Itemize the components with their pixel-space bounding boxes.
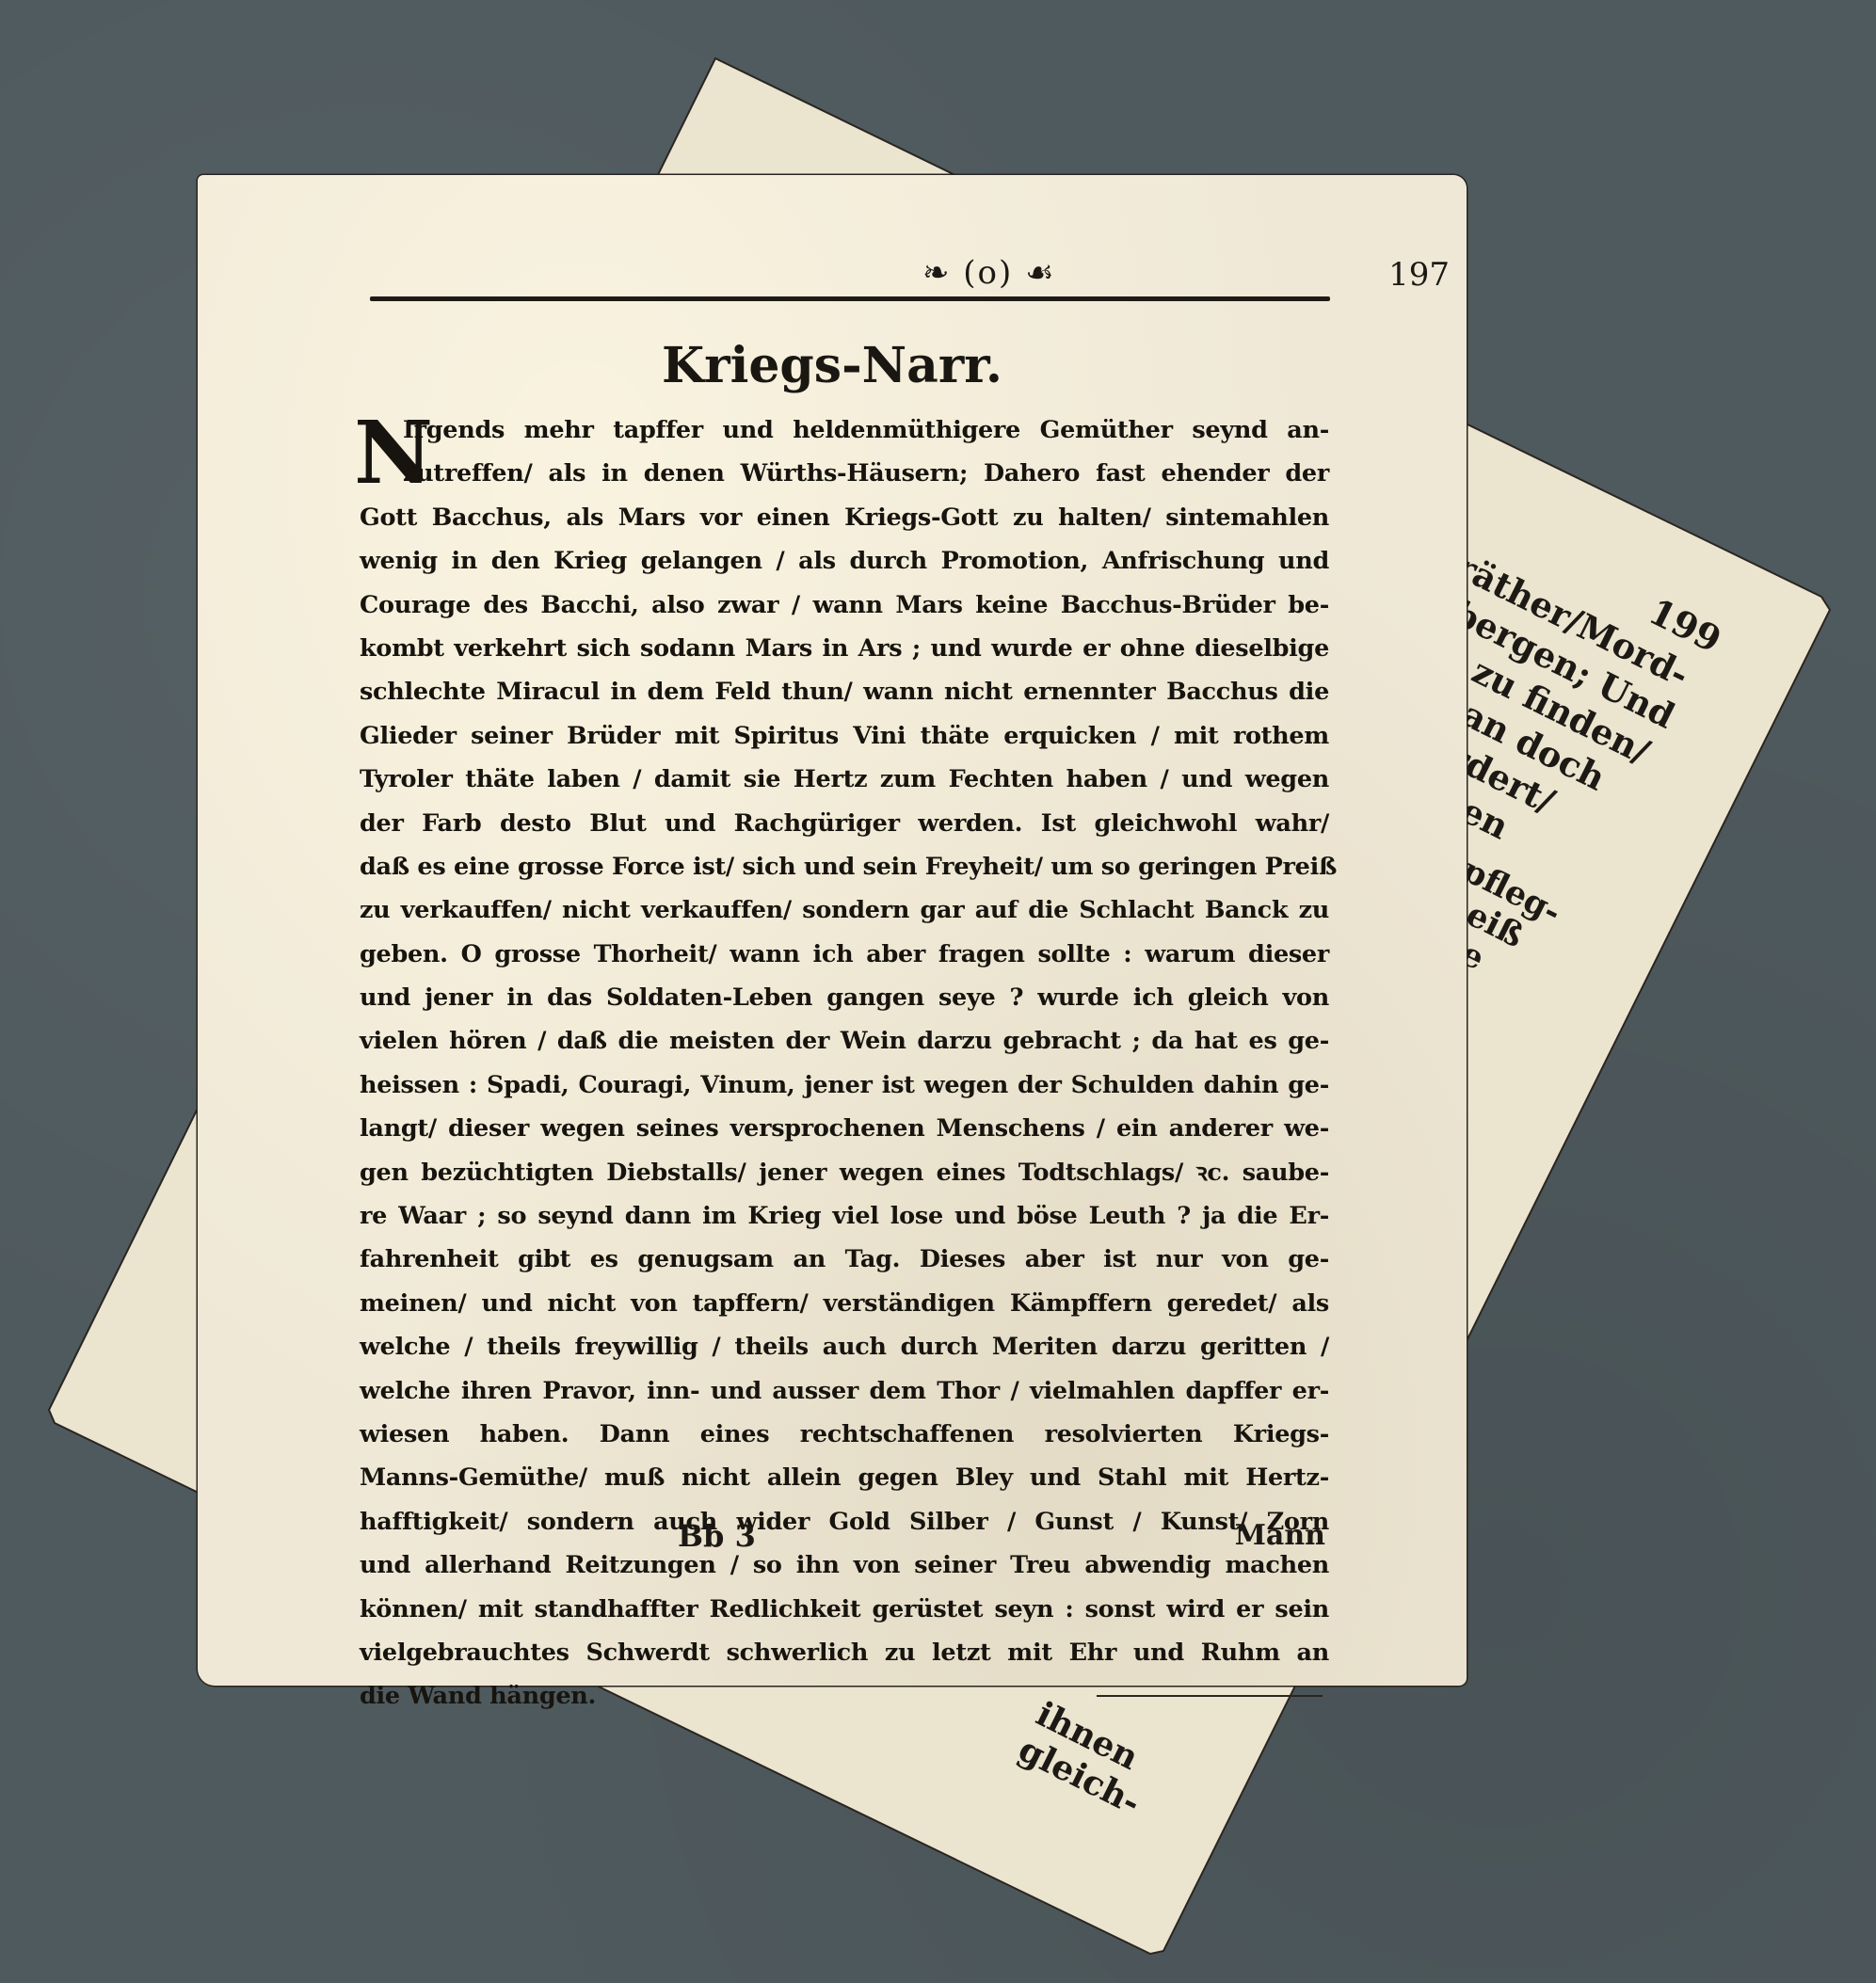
running-head-ornament: ❧ (o) ☙ bbox=[922, 254, 1056, 292]
chapter-title: Kriegs-Narr. bbox=[198, 337, 1467, 394]
text-line: Gott Bacchus, als Mars vor einen Kriegs-… bbox=[360, 496, 1329, 539]
catchword: Mann bbox=[1235, 1519, 1325, 1552]
page-number: 197 bbox=[1388, 256, 1450, 294]
text-line: und allerhand Reitzungen / so ihn von se… bbox=[360, 1543, 1329, 1587]
text-line: vielen hören / daß die meisten der Wein … bbox=[360, 1019, 1329, 1063]
text-line: können/ mit standhaffter Redlichkeit ger… bbox=[360, 1588, 1329, 1631]
text-line: re Waar ; so seynd dann im Krieg viel lo… bbox=[360, 1194, 1329, 1238]
page-header: ❧ (o) ☙ 197 bbox=[367, 254, 1515, 292]
text-line: schlechte Miracul in dem Feld thun/ wann… bbox=[360, 670, 1329, 713]
header-rule bbox=[370, 296, 1330, 301]
text-line: Glieder seiner Brüder mit Spiritus Vini … bbox=[360, 714, 1329, 758]
text-line: der Farb desto Blut und Rachgüriger werd… bbox=[360, 802, 1329, 845]
body-text: N Irgends mehr tapffer und heldenmüthige… bbox=[360, 408, 1329, 1719]
text-line: hafftigkeit/ sondern auch wider Gold Sil… bbox=[360, 1500, 1329, 1543]
text-line: daß es eine grosse Force ist/ sich und s… bbox=[360, 845, 1329, 888]
text-line: die Wand hängen. bbox=[360, 1674, 1329, 1718]
text-line: heissen : Spadi, Couragi, Vinum, jener i… bbox=[360, 1063, 1329, 1107]
photograph-scene: 199 räther/Mord- rbergen; Und itz zu fin… bbox=[0, 0, 1876, 1983]
text-line: wenig in den Krieg gelangen / als durch … bbox=[360, 539, 1329, 583]
text-line: vielgebrauchtes Schwerdt schwerlich zu l… bbox=[360, 1631, 1329, 1674]
text-line: gen bezüchtigten Diebstalls/ jener wegen… bbox=[360, 1151, 1329, 1194]
text-line: kombt verkehrt sich sodann Mars in Ars ;… bbox=[360, 627, 1329, 670]
text-line: Tyroler thäte laben / damit sie Hertz zu… bbox=[360, 758, 1329, 801]
text-line: Irgends mehr tapffer und heldenmüthigere… bbox=[360, 408, 1329, 452]
text-line: zutreffen/ als in denen Würths-Häusern; … bbox=[360, 452, 1329, 495]
text-line: welche / theils freywillig / theils auch… bbox=[360, 1325, 1329, 1368]
text-line: Manns-Gemüthe/ muß nicht allein gegen Bl… bbox=[360, 1456, 1329, 1499]
text-line: geben. O grosse Thorheit/ wann ich aber … bbox=[360, 933, 1329, 976]
text-line: wiesen haben. Dann eines rechtschaffenen… bbox=[360, 1413, 1329, 1456]
text-line: welche ihren Pravor, inn- und ausser dem… bbox=[360, 1369, 1329, 1413]
text-line: Courage des Bacchi, also zwar / wann Mar… bbox=[360, 584, 1329, 627]
text-line: langt/ dieser wegen seines versprochenen… bbox=[360, 1107, 1329, 1150]
text-line: und jener in das Soldaten-Leben gangen s… bbox=[360, 976, 1329, 1019]
text-line: fahrenheit gibt es genugsam an Tag. Dies… bbox=[360, 1238, 1329, 1281]
drop-cap: N bbox=[354, 410, 433, 495]
signature-mark: Bb 3 bbox=[678, 1518, 756, 1554]
front-sheet: ❧ (o) ☙ 197 Kriegs-Narr. N Irgends mehr … bbox=[198, 175, 1467, 1686]
text-line: zu verkauffen/ nicht verkauffen/ sondern… bbox=[360, 888, 1329, 932]
text-line: meinen/ und nicht von tapffern/ verständ… bbox=[360, 1282, 1329, 1325]
